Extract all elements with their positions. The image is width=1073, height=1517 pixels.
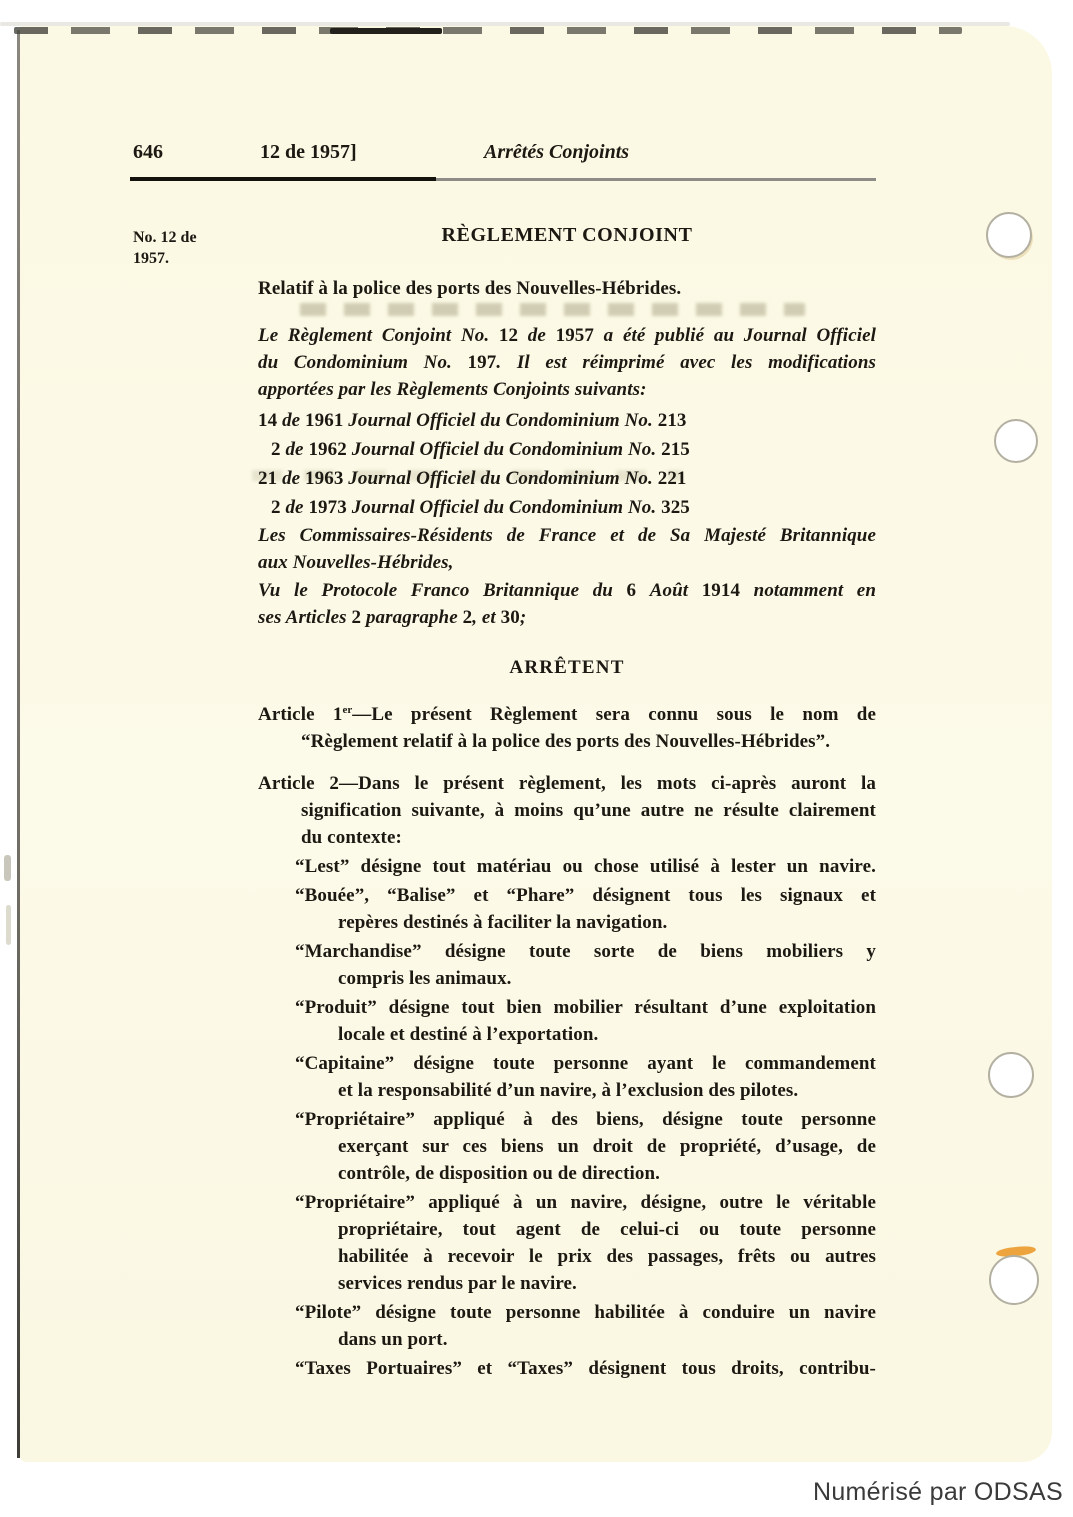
text-line: signification suivante, à moins qu’une a…	[301, 797, 876, 824]
text-line: 21 de 1963 Journal Officiel du Condomini…	[258, 464, 876, 493]
text-segment: , et	[472, 607, 500, 628]
text-segment: Article 2—Dans le présent règlement, les…	[258, 773, 876, 794]
top-scan-artifact	[330, 28, 442, 34]
text-segment: de	[285, 439, 308, 460]
block-article-1: Article 1er—Le présent Règlement sera co…	[258, 697, 876, 755]
text-column: RÈGLEMENT CONJOINT Relatif à la police d…	[258, 222, 876, 1382]
text-line: repères destinés à faciliter la navigati…	[338, 909, 876, 936]
edge-scan-mark	[4, 855, 11, 881]
margin-note-line: No. 12 de	[133, 227, 253, 248]
text-segment: apportées par les Règlements Conjoints s…	[258, 379, 647, 400]
text-segment: “Marchandise” désigne toute sorte de bie…	[295, 941, 876, 962]
text-segment: 6	[627, 580, 650, 601]
text-segment: Vu le Protocole Franco Britannique du	[258, 580, 627, 601]
text-segment: contrôle, de disposition ou de direction…	[338, 1163, 660, 1184]
block-def-taxes: “Taxes Portuaires” et “Taxes” désignent …	[258, 1355, 876, 1382]
text-segment: 1973	[308, 497, 351, 518]
margin-note-line: 1957.	[133, 248, 253, 269]
text-segment: 21	[258, 468, 282, 489]
block-amendments-list: 14 de 1961 Journal Officiel du Condomini…	[258, 406, 876, 522]
text-segment: “Taxes Portuaires” et “Taxes” désignent …	[295, 1358, 876, 1379]
text-segment: 2	[351, 607, 365, 628]
text-segment: de	[282, 410, 305, 431]
text-segment: Journal Officiel du Condominium No.	[348, 468, 657, 489]
text-segment: 2	[271, 439, 285, 460]
block-def-bouee-balise-phare: “Bouée”, “Balise” et “Phare” désignent t…	[258, 882, 876, 936]
text-segment: “Bouée”, “Balise” et “Phare” désignent t…	[295, 885, 876, 906]
block-preamble-parties: Les Commissaires-Résidents de France et …	[258, 522, 876, 576]
text-line: “Pilote” désigne toute personne habilité…	[295, 1299, 876, 1326]
issue-reference: 12 de 1957]	[260, 140, 357, 164]
text-line: du Condominium No. 197. Il est réimprimé…	[258, 349, 876, 376]
text-segment: “Règlement relatif à la police des ports…	[301, 731, 830, 752]
text-line: “Capitaine” désigne toute personne ayant…	[295, 1050, 876, 1077]
text-line: apportées par les Règlements Conjoints s…	[258, 376, 876, 403]
text-line: 14 de 1961 Journal Officiel du Condomini…	[258, 406, 876, 435]
text-line: “Propriétaire” appliqué à un navire, dés…	[295, 1189, 876, 1216]
text-segment: 2	[271, 497, 285, 518]
text-segment: a été publié au Journal Officiel	[604, 325, 876, 346]
text-segment: compris les animaux.	[338, 968, 512, 989]
text-segment: Les Commissaires-Résidents de France et …	[258, 525, 876, 546]
block-def-proprietaire-navire: “Propriétaire” appliqué à un navire, dés…	[258, 1189, 876, 1297]
punch-hole	[986, 212, 1032, 258]
text-segment: 14	[258, 410, 282, 431]
block-preamble-vu: Vu le Protocole Franco Britannique du 6 …	[258, 577, 876, 631]
text-segment: Le Règlement Conjoint No.	[258, 325, 499, 346]
text-segment: —Le présent Règlement sera connu sous le…	[352, 704, 876, 725]
text-segment: de	[528, 325, 556, 346]
text-segment: et la responsabilité d’un navire, à l’ex…	[338, 1080, 798, 1101]
text-segment: 215	[661, 439, 690, 460]
block-preamble-publication: Le Règlement Conjoint No. 12 de 1957 a é…	[258, 322, 876, 403]
text-line: Article 2—Dans le présent règlement, les…	[258, 770, 876, 797]
block-def-lest: “Lest” désigne tout matériau ou chose ut…	[258, 853, 876, 880]
text-line: Vu le Protocole Franco Britannique du 6 …	[258, 577, 876, 604]
block-article-2: Article 2—Dans le présent règlement, les…	[258, 770, 876, 851]
text-segment: 221	[658, 468, 687, 489]
text-segment: de	[285, 497, 308, 518]
text-line: ses Articles 2 paragraphe 2, et 30;	[258, 604, 876, 631]
text-segment: notamment en	[754, 580, 876, 601]
text-segment: er	[342, 704, 352, 716]
text-line: du contexte:	[301, 824, 876, 851]
text-segment: Journal Officiel du Condominium No.	[352, 497, 661, 518]
text-segment: repères destinés à faciliter la navigati…	[338, 912, 667, 933]
text-segment: ;	[520, 607, 526, 628]
header-rule-dark	[130, 177, 436, 181]
text-segment: 325	[661, 497, 690, 518]
text-segment: ARRÊTENT	[509, 657, 624, 678]
page-left-edge-shadow	[17, 30, 20, 1458]
text-line: “Taxes Portuaires” et “Taxes” désignent …	[295, 1355, 876, 1382]
text-segment: Journal Officiel du Condominium No.	[348, 410, 657, 431]
text-line: services rendus par le navire.	[338, 1270, 876, 1297]
text-line: “Propriétaire” appliqué à des biens, dés…	[295, 1106, 876, 1133]
punch-hole	[994, 419, 1038, 463]
text-segment: du Condominium No.	[258, 352, 468, 373]
text-segment: 2	[463, 607, 473, 628]
text-segment: 1957	[556, 325, 604, 346]
text-line: et la responsabilité d’un navire, à l’ex…	[338, 1077, 876, 1104]
text-blocks: Le Règlement Conjoint No. 12 de 1957 a é…	[258, 322, 876, 1382]
text-line: compris les animaux.	[338, 965, 876, 992]
text-segment: dans un port.	[338, 1329, 448, 1350]
text-segment: “Capitaine” désigne toute personne ayant…	[295, 1053, 876, 1074]
punch-hole	[988, 1052, 1034, 1098]
text-line: Le Règlement Conjoint No. 12 de 1957 a é…	[258, 322, 876, 349]
text-line: locale et destiné à l’exportation.	[338, 1021, 876, 1048]
text-segment: “Propriétaire” appliqué à des biens, dés…	[295, 1109, 876, 1130]
text-segment: locale et destiné à l’exportation.	[338, 1024, 598, 1045]
text-segment: . Il est réimprimé avec les modification…	[496, 352, 876, 373]
text-line: “Bouée”, “Balise” et “Phare” désignent t…	[295, 882, 876, 909]
block-def-pilote: “Pilote” désigne toute personne habilité…	[258, 1299, 876, 1353]
text-segment: Article 1	[258, 704, 342, 725]
block-enacting-heading: ARRÊTENT	[258, 654, 876, 681]
text-segment: Journal Officiel du Condominium No.	[352, 439, 661, 460]
text-segment: signification suivante, à moins qu’une a…	[301, 800, 876, 821]
text-line: propriétaire, tout agent de celui-ci ou …	[338, 1216, 876, 1243]
header-rule-light	[436, 178, 876, 181]
text-segment: “Propriétaire” appliqué à un navire, dés…	[295, 1192, 876, 1213]
text-segment: exerçant sur ces biens un droit de propr…	[338, 1136, 876, 1157]
text-segment: “Lest” désigne tout matériau ou chose ut…	[295, 856, 876, 877]
top-scan-artifact	[14, 27, 962, 34]
text-line: “Lest” désigne tout matériau ou chose ut…	[295, 853, 876, 880]
text-line: dans un port.	[338, 1326, 876, 1353]
text-segment: 12	[499, 325, 528, 346]
digitization-watermark: Numérisé par ODSAS	[813, 1478, 1063, 1507]
text-line: 2 de 1973 Journal Officiel du Condominiu…	[271, 493, 876, 522]
text-segment: services rendus par le navire.	[338, 1273, 577, 1294]
text-line: aux Nouvelles-Hébrides,	[258, 549, 876, 576]
text-segment: 213	[658, 410, 687, 431]
text-line: contrôle, de disposition ou de direction…	[338, 1160, 876, 1187]
text-line: ARRÊTENT	[258, 654, 876, 681]
text-segment: “Pilote” désigne toute personne habilité…	[295, 1302, 876, 1323]
text-line: Article 1er—Le présent Règlement sera co…	[258, 697, 876, 728]
text-segment: du contexte:	[301, 827, 402, 848]
page-number: 646	[133, 140, 163, 164]
text-line: exerçant sur ces biens un droit de propr…	[338, 1133, 876, 1160]
block-def-marchandise: “Marchandise” désigne toute sorte de bie…	[258, 938, 876, 992]
block-def-produit: “Produit” désigne tout bien mobilier rés…	[258, 994, 876, 1048]
margin-note: No. 12 de 1957.	[133, 227, 253, 269]
block-def-proprietaire-biens: “Propriétaire” appliqué à des biens, dés…	[258, 1106, 876, 1187]
document-subtitle: Relatif à la police des ports des Nouvel…	[258, 275, 876, 302]
text-segment: ses Articles	[258, 607, 351, 628]
text-segment: 1962	[308, 439, 351, 460]
text-segment: 1961	[305, 410, 348, 431]
text-line: “Produit” désigne tout bien mobilier rés…	[295, 994, 876, 1021]
text-line: 2 de 1962 Journal Officiel du Condominiu…	[271, 435, 876, 464]
text-line: “Règlement relatif à la police des ports…	[301, 728, 876, 755]
text-line: “Marchandise” désigne toute sorte de bie…	[295, 938, 876, 965]
text-segment: 1963	[305, 468, 348, 489]
text-segment: propriétaire, tout agent de celui-ci ou …	[338, 1219, 876, 1240]
text-segment: 197	[468, 352, 497, 373]
text-line: habilitée à recevoir le prix des passage…	[338, 1243, 876, 1270]
running-title: Arrêtés Conjoints	[484, 140, 629, 164]
punch-hole	[989, 1255, 1039, 1305]
document-title: RÈGLEMENT CONJOINT	[258, 222, 876, 249]
text-segment: 1914	[702, 580, 754, 601]
block-def-capitaine: “Capitaine” désigne toute personne ayant…	[258, 1050, 876, 1104]
text-segment: de	[282, 468, 305, 489]
text-segment: paragraphe	[366, 607, 463, 628]
text-segment: “Produit” désigne tout bien mobilier rés…	[295, 997, 876, 1018]
text-segment: 30	[501, 607, 520, 628]
text-segment: Août	[650, 580, 702, 601]
text-segment: aux Nouvelles-Hébrides,	[258, 552, 453, 573]
top-scan-artifact	[0, 22, 1010, 26]
edge-scan-mark	[6, 905, 11, 945]
text-segment: habilitée à recevoir le prix des passage…	[338, 1246, 876, 1267]
text-line: Les Commissaires-Résidents de France et …	[258, 522, 876, 549]
